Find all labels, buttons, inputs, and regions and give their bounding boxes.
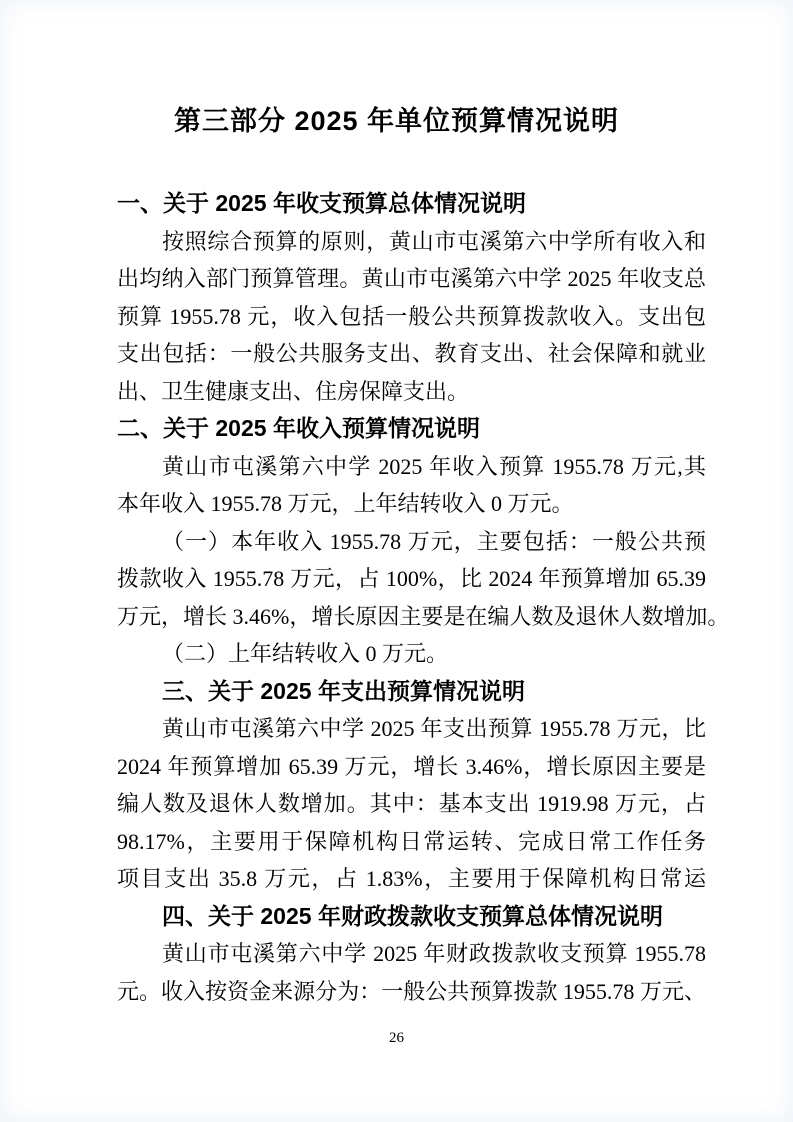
text-line: 拨款收入 1955.78 万元，占 100%，比 2024 年预算增加 65.3… <box>117 560 706 598</box>
text-line: 万元，增长 3.46%，增长原因主要是在编人数及退休人数增加。 <box>117 598 706 636</box>
text-line: 黄山市屯溪第六中学 2025 年财政拨款收支预算 1955.78 万 <box>117 935 706 973</box>
text-line: 编人数及退休人数增加。其中：基本支出 1919.98 万元，占 <box>117 785 706 823</box>
text-line: 项目支出 35.8 万元，占 1.83%，主要用于保障机构日常运转。 <box>117 860 706 898</box>
document-body: 一、关于 2025 年收支预算总体情况说明按照综合预算的原则，黄山市屯溪第六中学… <box>117 185 706 1010</box>
text-line: 支出包括：一般公共服务支出、教育支出、社会保障和就业支 <box>117 335 706 373</box>
page-number: 26 <box>0 1027 793 1049</box>
text-line: 黄山市屯溪第六中学 2025 年支出预算 1955.78 万元，比 <box>117 710 706 748</box>
text-line: 2024 年预算增加 65.39 万元，增长 3.46%，增长原因主要是在 <box>117 748 706 786</box>
text-line: 预算 1955.78 元，收入包括一般公共预算拨款收入。支出包括： <box>117 298 706 336</box>
text-line: 元。收入按资金来源分为：一般公共预算拨款 1955.78 万元、 <box>117 973 706 1011</box>
text-line: （一）本年收入 1955.78 万元，主要包括：一般公共预算 <box>117 523 706 561</box>
document-page: 第三部分 2025 年单位预算情况说明 一、关于 2025 年收支预算总体情况说… <box>0 0 793 1122</box>
text-line: （二）上年结转收入 0 万元。 <box>117 635 706 673</box>
section-heading: 一、关于 2025 年收支预算总体情况说明 <box>117 185 706 223</box>
text-line: 出均纳入部门预算管理。黄山市屯溪第六中学 2025 年收支总 <box>117 260 706 298</box>
text-line: 98.17%，主要用于保障机构日常运转、完成日常工作任务等； <box>117 823 706 861</box>
section-heading: 四、关于 2025 年财政拨款收支预算总体情况说明 <box>117 898 706 936</box>
text-line: 按照综合预算的原则，黄山市屯溪第六中学所有收入和支 <box>117 223 706 261</box>
section-heading: 三、关于 2025 年支出预算情况说明 <box>117 673 706 711</box>
text-line: 黄山市屯溪第六中学 2025 年收入预算 1955.78 万元,其中： <box>117 448 706 486</box>
section-heading: 二、关于 2025 年收入预算情况说明 <box>117 410 706 448</box>
text-line: 本年收入 1955.78 万元，上年结转收入 0 万元。 <box>117 485 706 523</box>
text-line: 出、卫生健康支出、住房保障支出。 <box>117 373 706 411</box>
document-title: 第三部分 2025 年单位预算情况说明 <box>0 101 793 141</box>
